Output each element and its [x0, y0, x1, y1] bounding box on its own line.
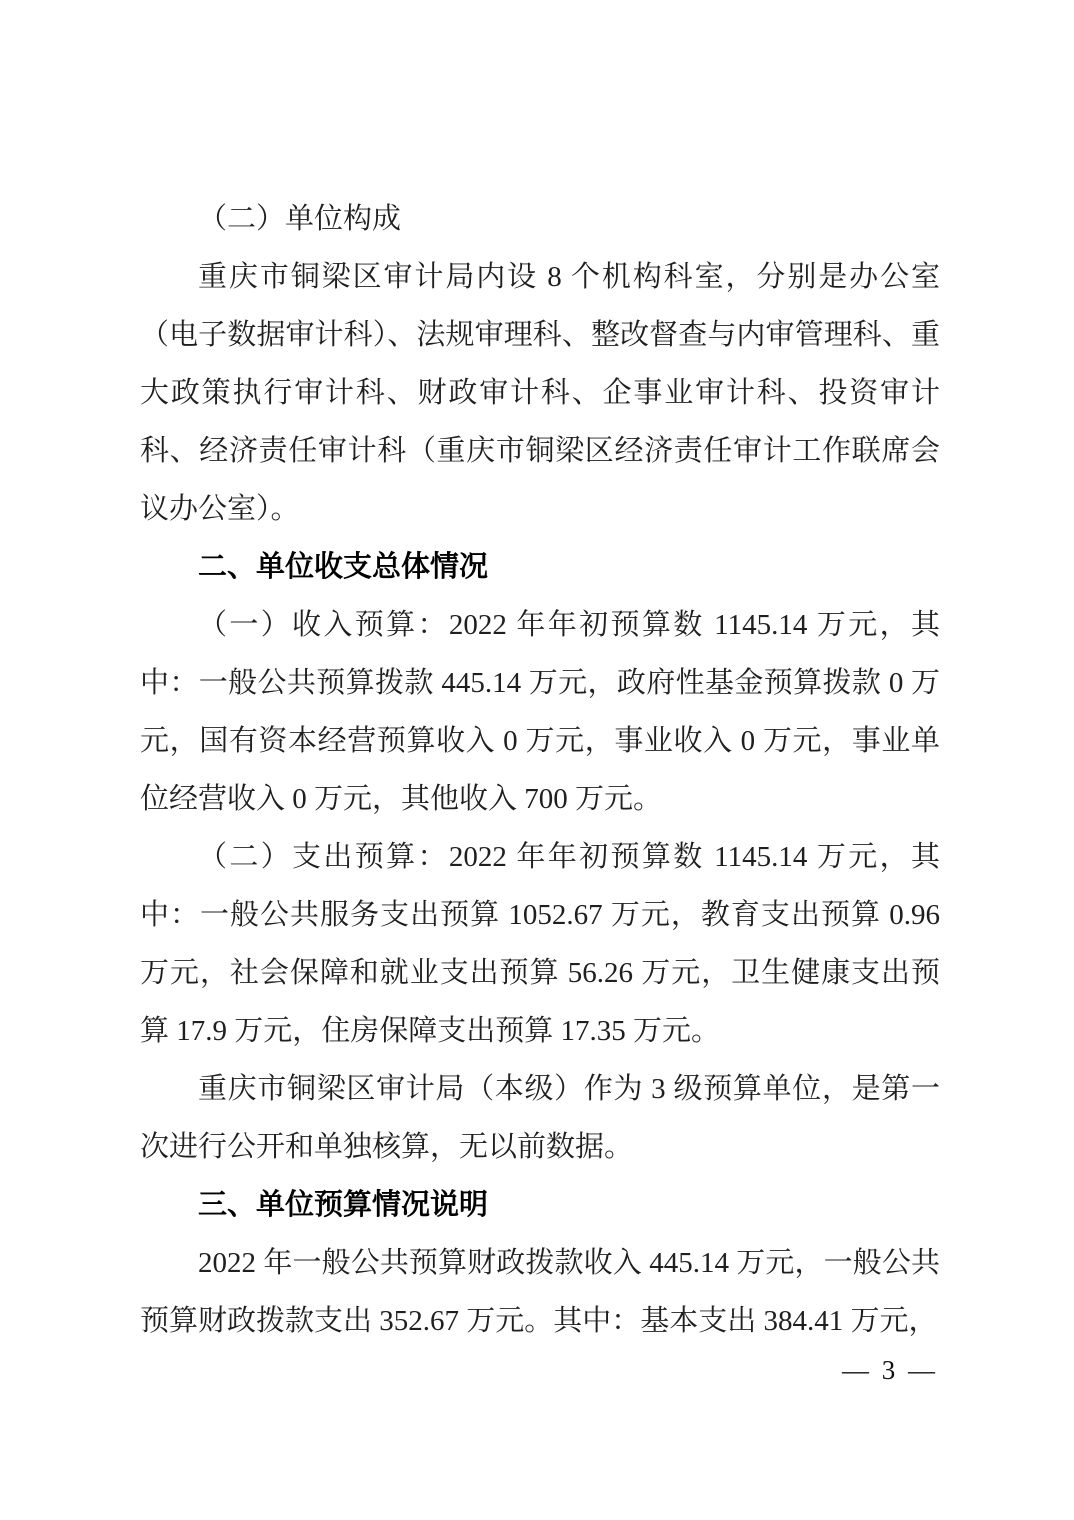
paragraph-expenditure-budget: （二）支出预算：2022 年年初预算数 1145.14 万元，其中：一般公共服务… — [140, 828, 940, 1060]
page-number: — 3 — — [842, 1346, 938, 1394]
document-content: （二）单位构成 重庆市铜梁区审计局内设 8 个机构科室，分别是办公室（电子数据审… — [140, 190, 940, 1350]
subsection-title-unit-composition: （二）单位构成 — [140, 190, 940, 248]
paragraph-fiscal-allocation: 2022 年一般公共预算财政拨款收入 445.14 万元，一般公共预算财政拨款支… — [140, 1234, 940, 1350]
paragraph-income-budget: （一）收入预算：2022 年年初预算数 1145.14 万元，其中：一般公共预算… — [140, 596, 940, 828]
document-page: （二）单位构成 重庆市铜梁区审计局内设 8 个机构科室，分别是办公室（电子数据审… — [0, 0, 1074, 1520]
paragraph-unit-composition: 重庆市铜梁区审计局内设 8 个机构科室，分别是办公室（电子数据审计科）、法规审理… — [140, 248, 940, 538]
section-heading-budget-explanation: 三、单位预算情况说明 — [140, 1176, 940, 1234]
paragraph-first-disclosure-note: 重庆市铜梁区审计局（本级）作为 3 级预算单位，是第一次进行公开和单独核算，无以… — [140, 1060, 940, 1176]
section-heading-income-expenditure-overview: 二、单位收支总体情况 — [140, 538, 940, 596]
